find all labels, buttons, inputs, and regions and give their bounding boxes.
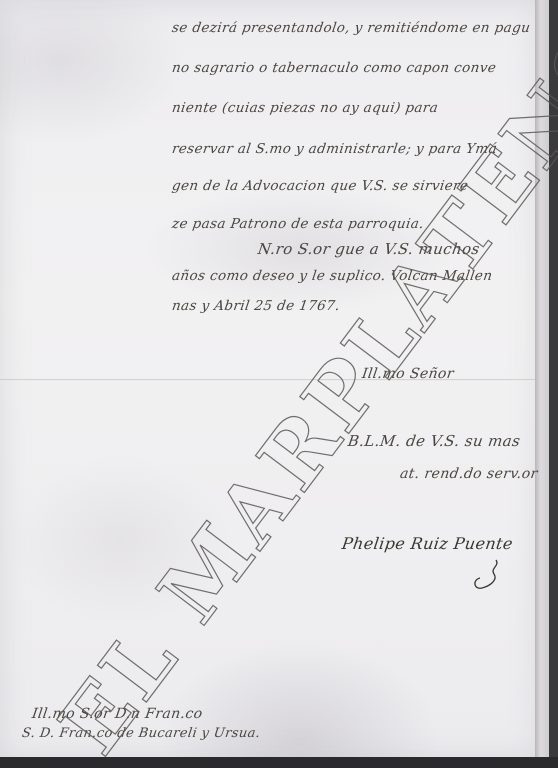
signature: Phelipe Ruiz Puente	[341, 534, 515, 553]
body-line: gen de la Advocacion que V.S. se sirvier…	[171, 178, 470, 194]
page-fold-crease	[0, 379, 540, 381]
courtesy-line: B.L.M. de V.S. su mas	[347, 432, 522, 450]
body-line: niente (cuias piezas no ay aqui) para	[171, 100, 439, 116]
body-line: se dezirá presentandolo, y remitiéndome …	[171, 20, 532, 36]
body-line: reservar al S.mo y administrarle; y para…	[171, 141, 498, 157]
signature-rubric-flourish	[470, 556, 504, 596]
courtesy-line: at. rend.do serv.or	[399, 466, 539, 482]
body-line: ze pasa Patrono de esta parroquia.	[171, 216, 425, 232]
body-line: no sagrario o tabernaculo como capon con…	[171, 60, 497, 76]
date-line: nas y Abril 25 de 1767.	[171, 298, 341, 314]
scan-bottom-border	[0, 757, 558, 768]
